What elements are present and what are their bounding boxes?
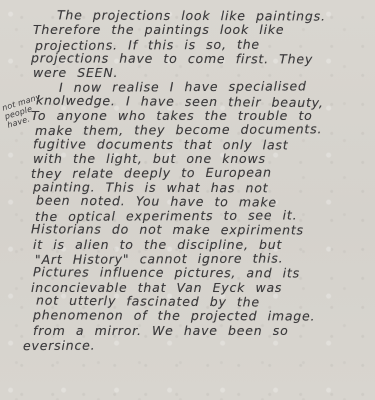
handwriting-line: The projections look like paintings. xyxy=(33,8,371,24)
handwriting-line: from a mirror. We have been so xyxy=(33,324,371,338)
handwriting-line: Therefore the paintings look like xyxy=(33,23,371,37)
handwriting-line: Pictures influence pictures, and its xyxy=(33,266,371,282)
handwriting-line: it is alien to the discipline, but xyxy=(33,238,371,252)
handwriting-line: projections have to come first. They xyxy=(31,51,371,67)
handwriting-line: Historians do not make expiriments xyxy=(31,223,371,239)
note-body: The projections look like paintings. The… xyxy=(33,9,371,352)
handwriting-line: phenomenon of the projected image. xyxy=(33,308,371,324)
handwriting-line: fugitive documents that only last xyxy=(33,137,371,153)
handwriting-line: eversince. xyxy=(23,337,371,353)
handwriting-line: knolwedge. I have seen their beauty, xyxy=(36,93,371,110)
notebook-page: not many people have. The projections lo… xyxy=(0,0,375,400)
